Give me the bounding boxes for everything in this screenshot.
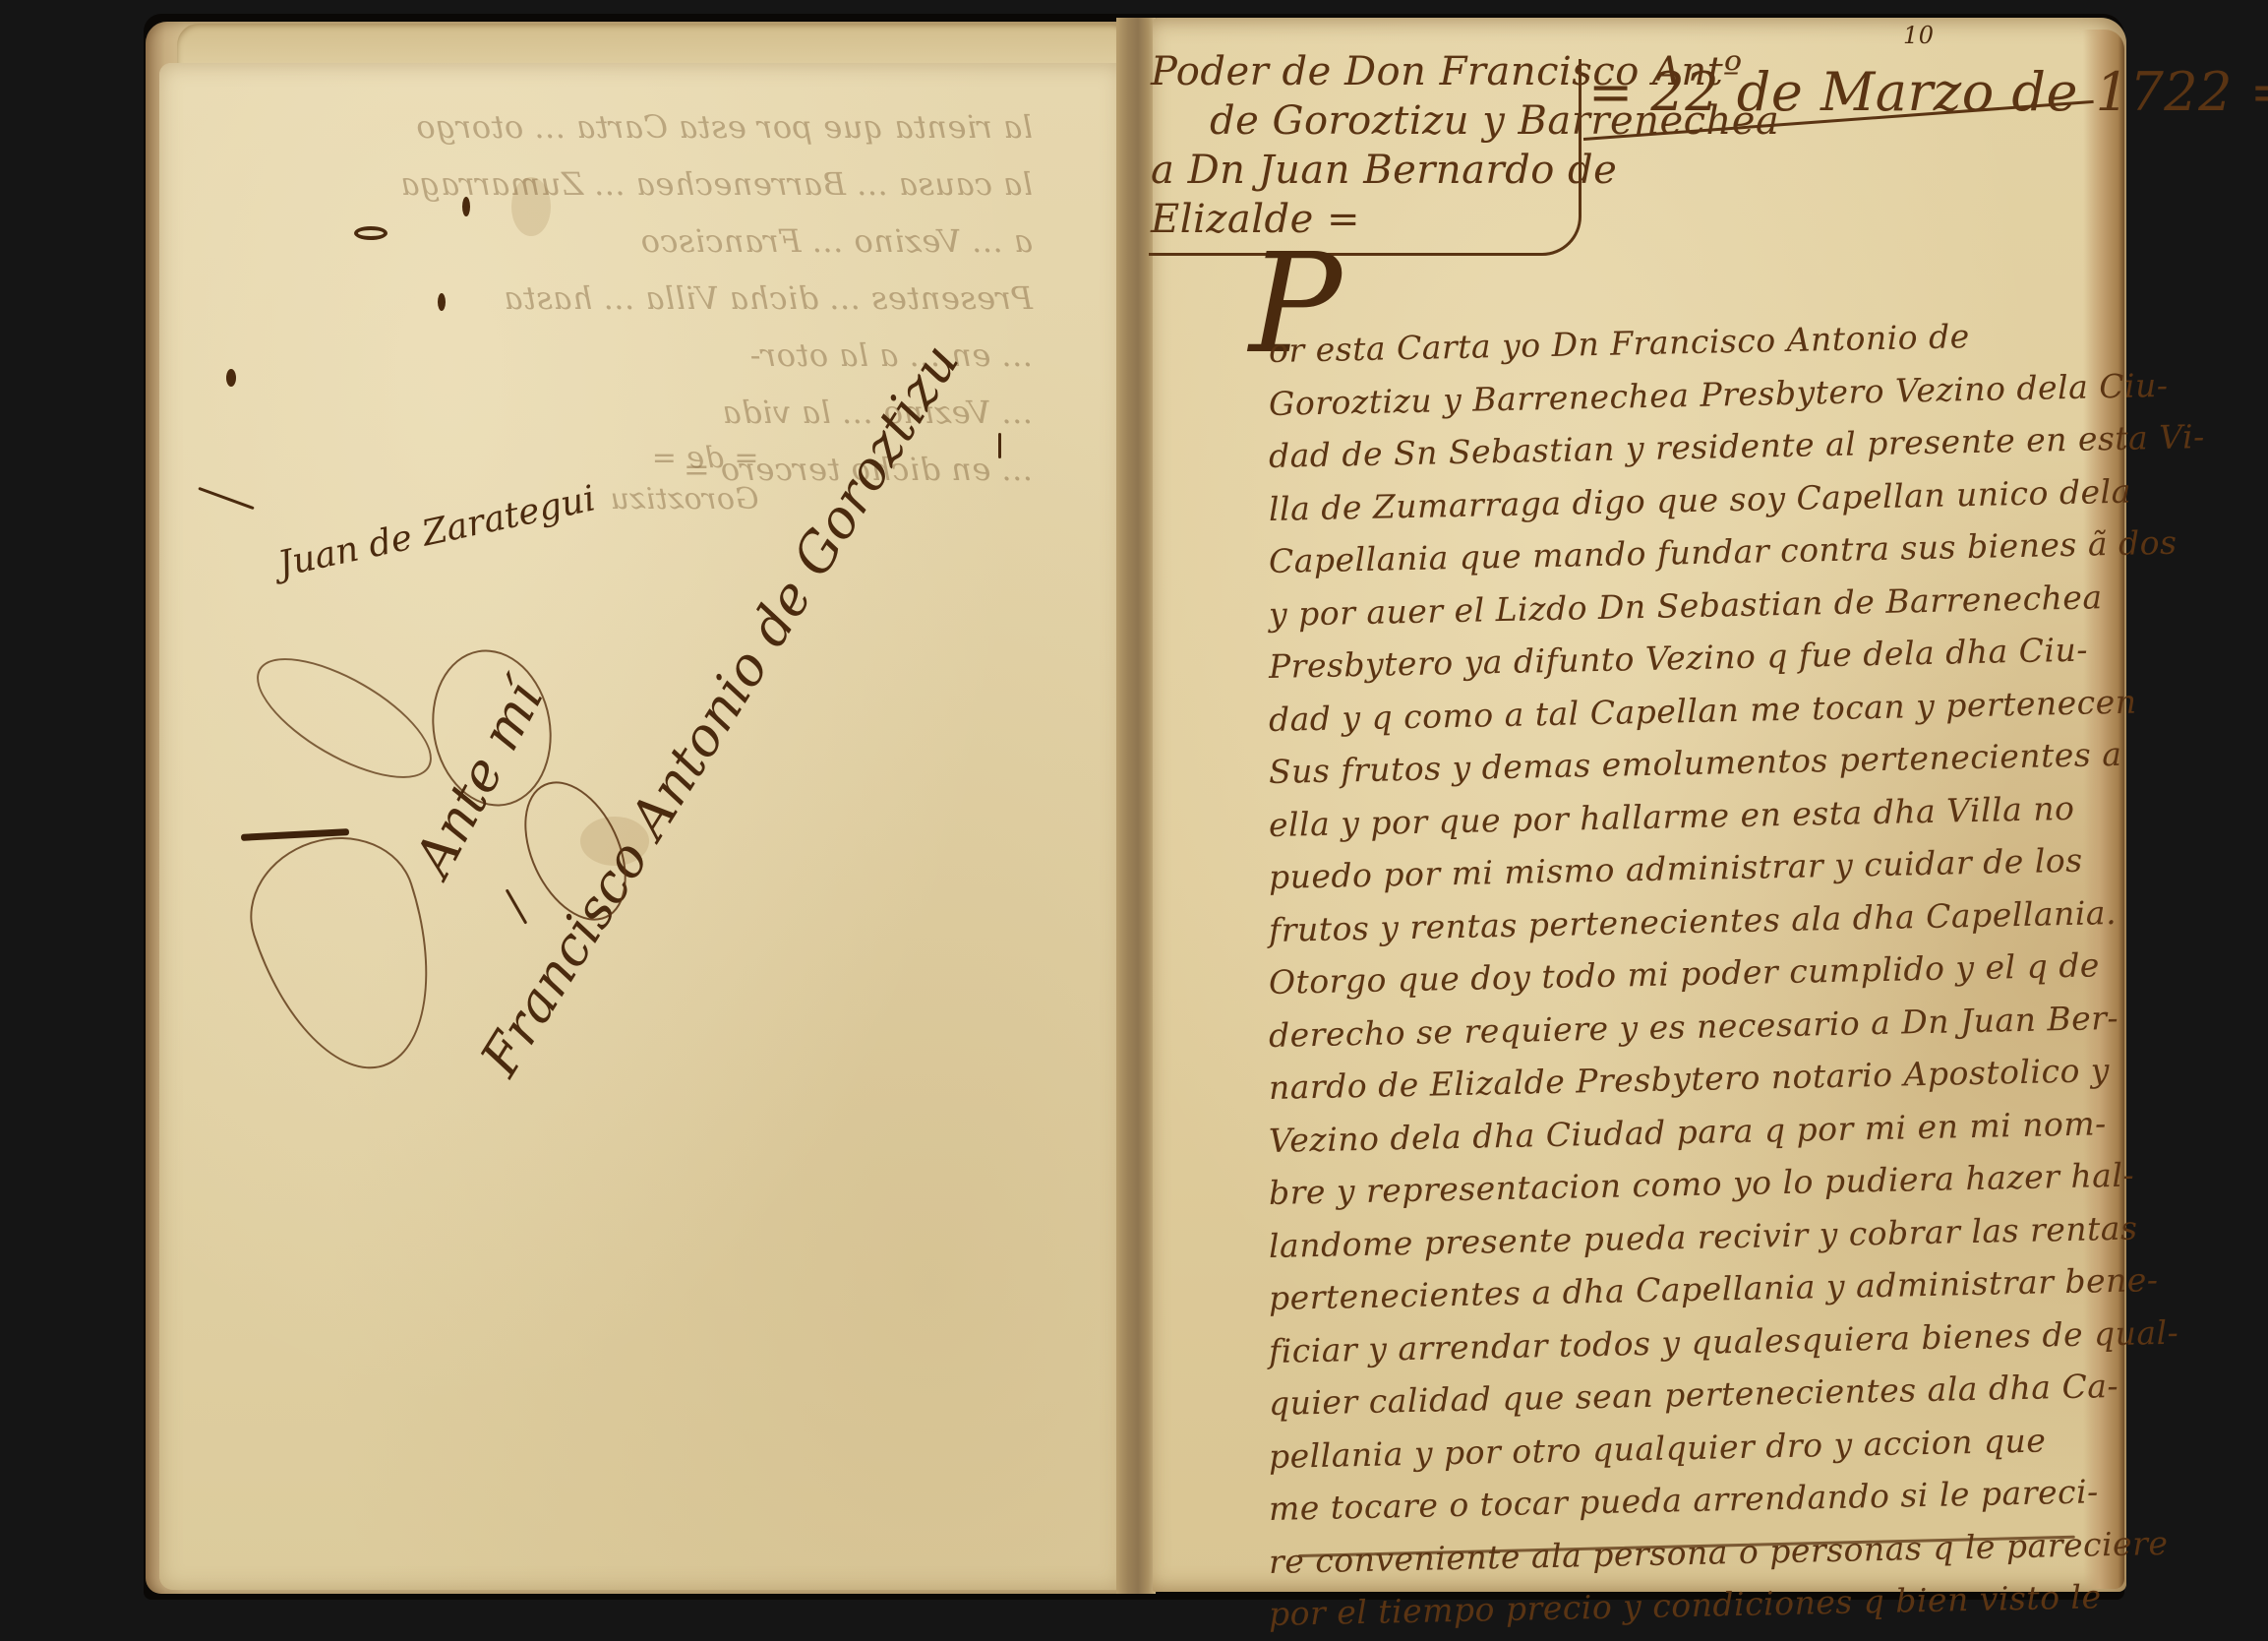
bleed-line: la causa ... Barrenechea ... Zumarraga xyxy=(167,155,1033,213)
bleed-line: Goroztizu xyxy=(610,479,759,520)
ink-mark xyxy=(462,197,470,216)
right-page-edge xyxy=(2083,30,2124,1589)
manuscript-scan: la rienta que por esta Carta ... otorgo … xyxy=(0,0,2268,1604)
ink-mark xyxy=(354,226,388,240)
bleed-line: = de = xyxy=(610,438,759,479)
bleed-line: la rienta que por esta Carta ... otorgo xyxy=(167,98,1033,155)
bleed-through-lower: = de = Goroztizu xyxy=(610,438,759,520)
ink-mark xyxy=(226,369,236,387)
body-text: or esta Carta yo Dn Francisco Antonio de… xyxy=(1269,325,2085,1604)
bleed-line: Presentes ... dicha Villa ... hasta xyxy=(167,270,1033,327)
bleed-line: a ... Vezino ... Francisco xyxy=(167,213,1033,270)
ink-mark xyxy=(998,433,1001,458)
folio-number: 10 xyxy=(1903,22,1935,49)
ink-mark xyxy=(438,293,446,311)
margin-title-bracket xyxy=(1149,59,1582,256)
